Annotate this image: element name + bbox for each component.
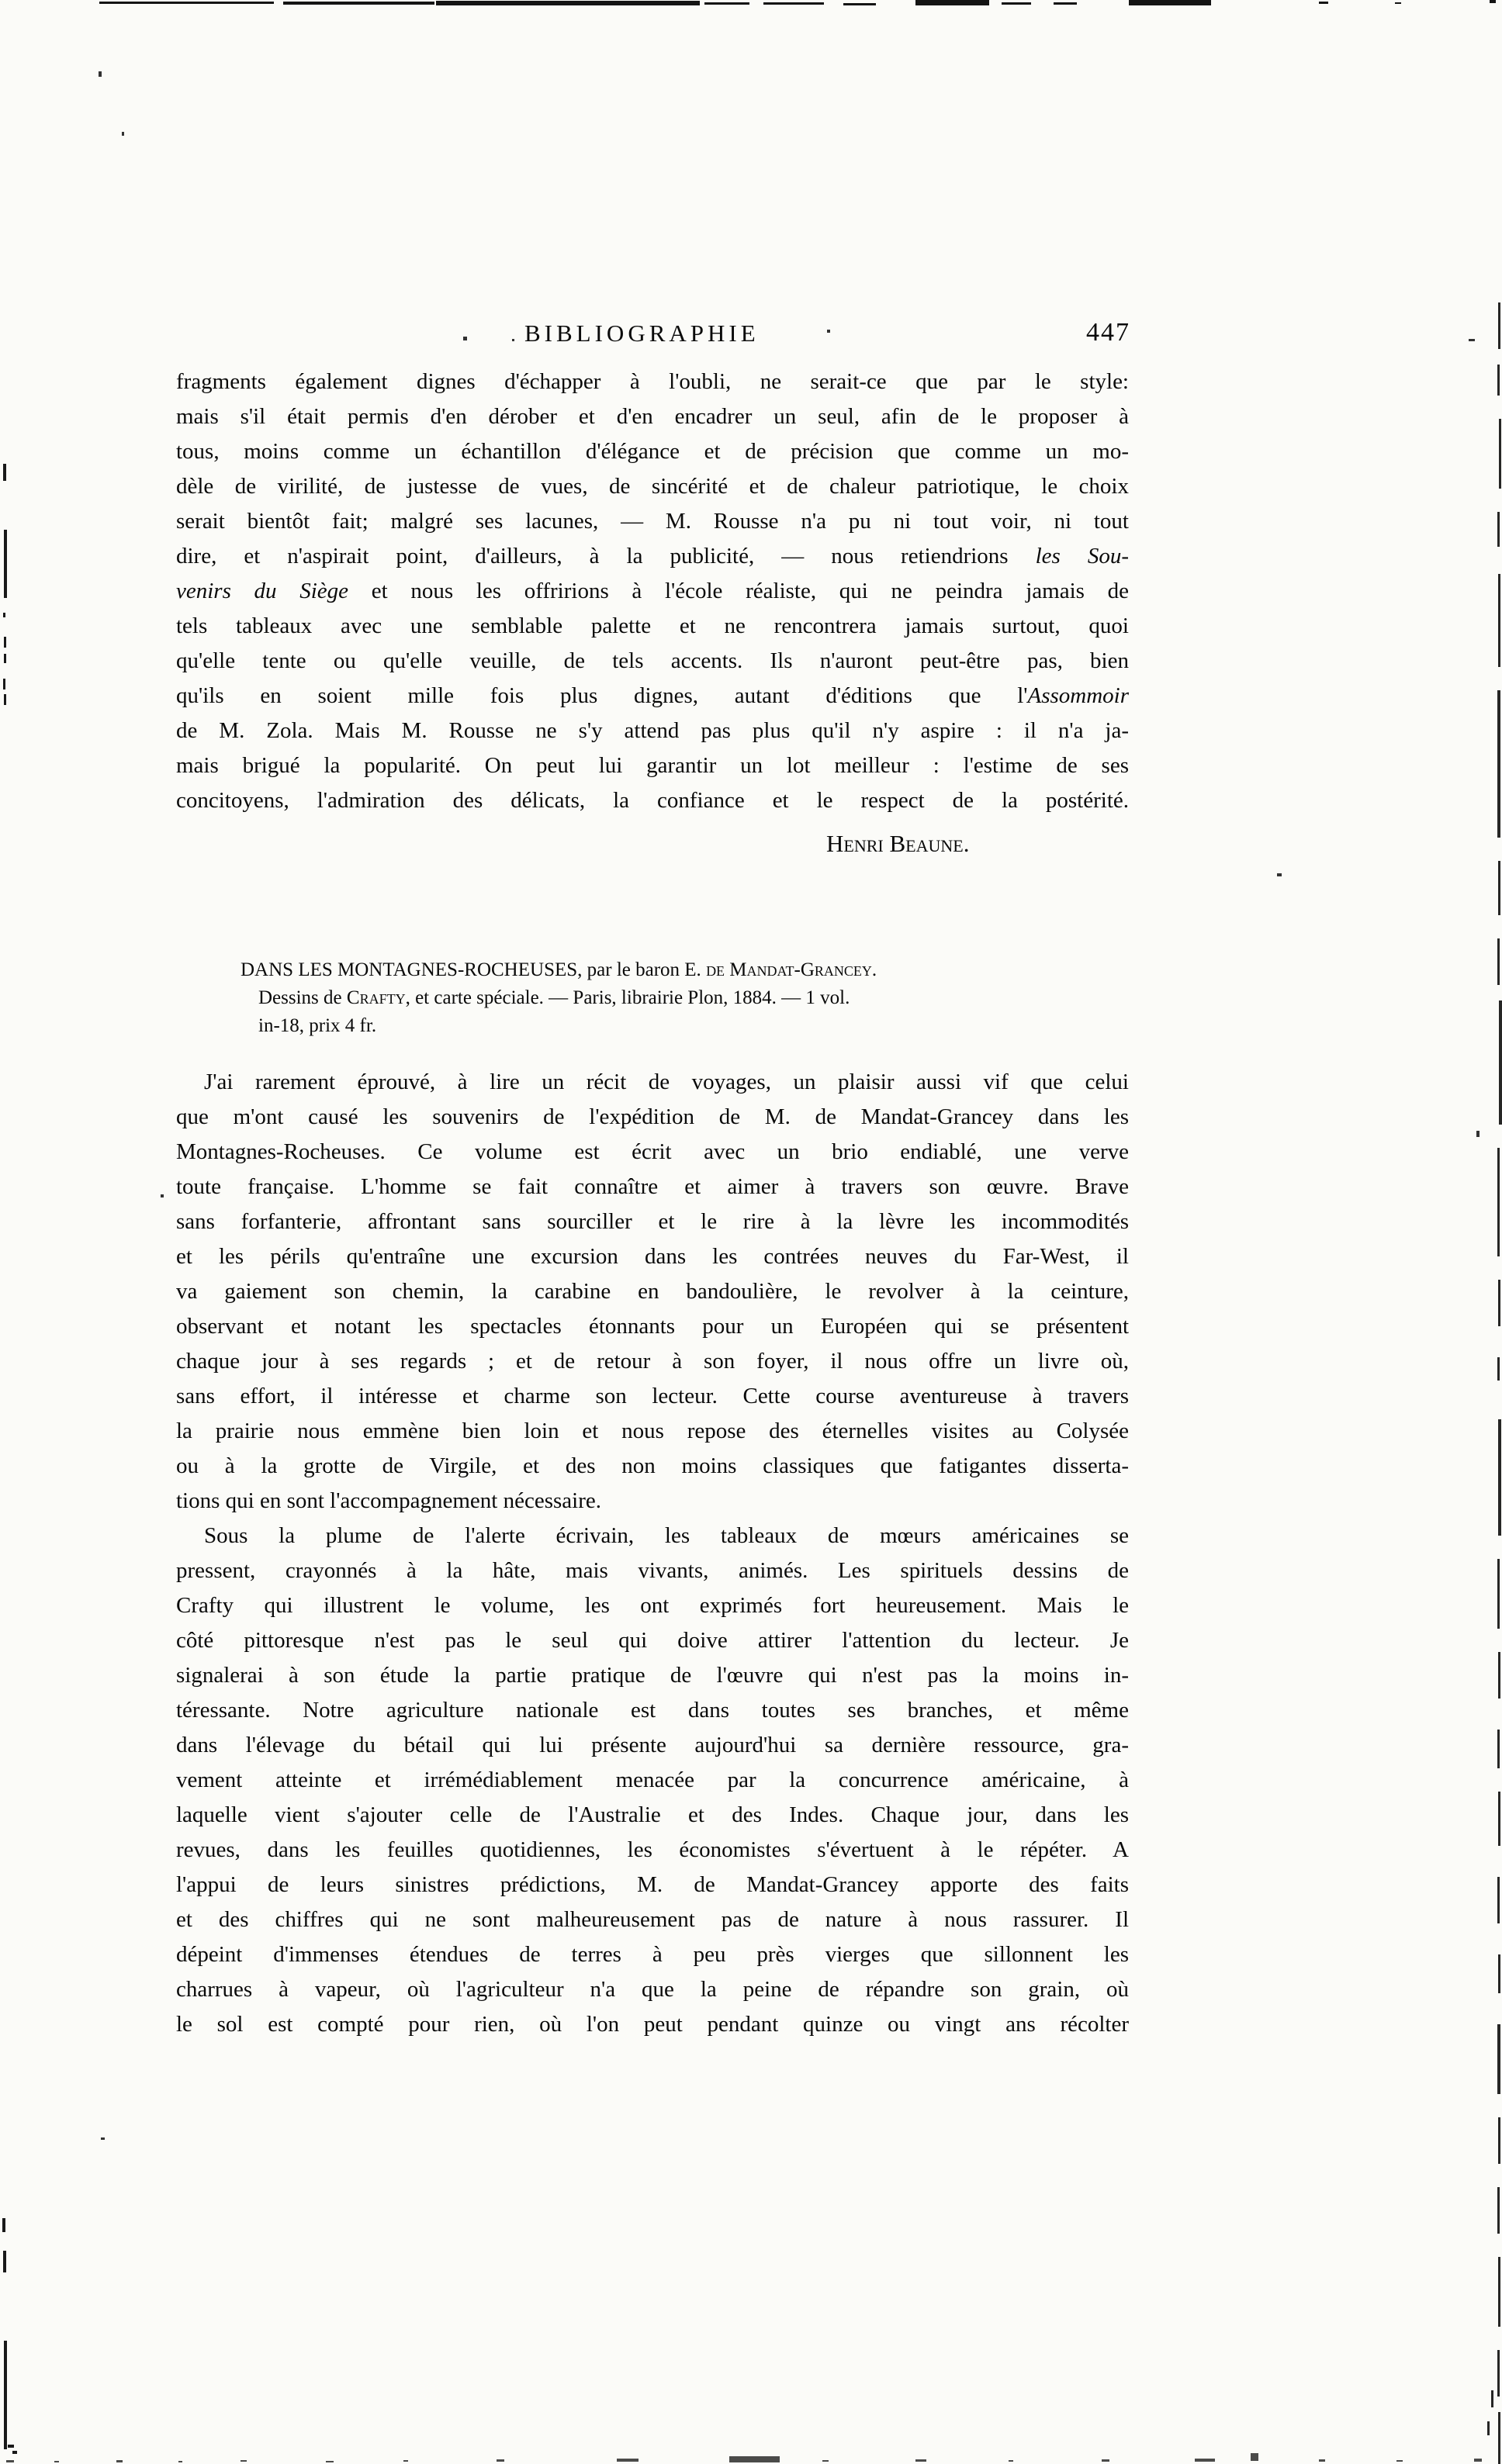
review-paragraph-1: J'ai rarement éprouvé, à lire un récit d…: [176, 1065, 1129, 1519]
right-edge-scan-mark: [1498, 574, 1500, 667]
left-edge-scan-mark: [2, 2218, 5, 2232]
scanned-book-page: { "header": { "title": "BIBLIOGRAPHIE", …: [0, 0, 1502, 2464]
text-line: de M. Zola. Mais M. Rousse ne s'y attend…: [176, 714, 1129, 748]
right-edge-scan-mark: [1497, 2350, 1500, 2397]
text-line: dire, et n'aspirait point, d'ailleurs, à…: [176, 539, 1129, 574]
top-edge-scan-mark: [704, 2, 749, 5]
right-edge-scan-mark: [1498, 1419, 1501, 1536]
bottom-edge-scan-mark: [1396, 2460, 1403, 2462]
text-line: fragments également dignes d'échapper à …: [176, 365, 1129, 399]
right-edge-scan-mark: [1498, 2257, 1500, 2327]
left-edge-scan-mark: [8, 2445, 14, 2448]
specks-scan-mark: [161, 1194, 164, 1197]
top-edge-scan-mark: [763, 2, 824, 5]
bottom-edge-scan-mark: [326, 2461, 334, 2462]
left-edge-scan-mark: [4, 654, 6, 663]
text-line: toute française. L'homme se fait connaît…: [176, 1170, 1129, 1204]
top-edge-scan-mark: [1054, 2, 1077, 5]
left-edge-scan-mark: [4, 694, 6, 705]
article-signature: Henri Beaune.: [826, 830, 969, 858]
top-edge-scan-mark: [1319, 2, 1328, 4]
specks-scan-mark: [1476, 1131, 1480, 1137]
bottom-edge-scan-mark: [403, 2460, 408, 2462]
bottom-edge-scan-mark: [6, 2460, 14, 2462]
bottom-edge-scan-mark: [1474, 2459, 1482, 2462]
text-line: charrues à vapeur, où l'agriculteur n'a …: [176, 1972, 1129, 2007]
bottom-edge-scan-mark: [497, 2459, 504, 2462]
text-line: venirs du Siège et nous les offririons à…: [176, 574, 1129, 609]
text-line: dépeint d'immenses étendues de terres à …: [176, 1937, 1129, 1972]
specks-scan-mark: [122, 132, 124, 136]
text-line: mais s'il était permis d'en dérober et d…: [176, 399, 1129, 434]
text-line: et des chiffres qui ne sont malheureusem…: [176, 1902, 1129, 1937]
text-line: le sol est compté pour rien, où l'on peu…: [176, 2007, 1129, 2042]
specks-scan-mark: [99, 71, 102, 77]
text-line: côté pittoresque n'est pas le seul qui d…: [176, 1623, 1129, 1658]
page-number: 447: [1086, 318, 1130, 347]
right-edge-scan-mark: [1497, 1877, 1500, 1923]
right-edge-scan-mark: [1497, 1148, 1500, 1256]
specks-scan-mark: [463, 337, 467, 340]
top-edge-scan-mark: [843, 3, 876, 5]
text-line: tous, moins comme un échantillon d'éléga…: [176, 434, 1129, 469]
top-edge-scan-mark: [1490, 0, 1496, 3]
right-edge-scan-mark: [1497, 512, 1500, 547]
text-line: sans effort, il intéresse et charme son …: [176, 1379, 1129, 1414]
right-edge-scan-mark: [1497, 2187, 1500, 2234]
right-edge-scan-mark: [1497, 1730, 1500, 1768]
text-line: vement atteinte et irrémédiablement mena…: [176, 1763, 1129, 1798]
left-edge-scan-mark: [3, 2251, 6, 2272]
text-line: revues, dans les feuilles quotidiennes, …: [176, 1833, 1129, 1868]
text-line: sans forfanterie, affrontant sans sourci…: [176, 1204, 1129, 1239]
right-edge-scan-mark: [1499, 419, 1501, 489]
right-edge-scan-mark: [1487, 2421, 1490, 2435]
top-edge-scan-mark: [915, 0, 989, 5]
text-line: tions qui en sont l'accompagnement néces…: [176, 1484, 1129, 1519]
left-edge-scan-mark: [4, 637, 6, 648]
text-line: signalerai à son étude la partie pratiqu…: [176, 1658, 1129, 1693]
right-edge-scan-mark: [1498, 1954, 1500, 1993]
text-line: que m'ont causé les souvenirs de l'expéd…: [176, 1100, 1129, 1135]
right-edge-scan-mark: [1498, 2117, 1500, 2164]
right-edge-scan-mark: [1498, 861, 1500, 915]
text-line: Crafty qui illustrent le volume, les ont…: [176, 1588, 1129, 1623]
right-edge-scan-mark: [1499, 1000, 1502, 1125]
bottom-edge-scan-mark: [1319, 2459, 1325, 2462]
left-edge-scan-mark: [12, 2451, 17, 2454]
left-edge-scan-mark: [3, 613, 5, 617]
text-line: l'appui de leurs sinistres prédictions, …: [176, 1868, 1129, 1902]
text-line: laquelle vient s'ajouter celle de l'Aust…: [176, 1798, 1129, 1833]
text-line: observant et notant les spectacles étonn…: [176, 1309, 1129, 1344]
bottom-edge-scan-mark: [822, 2460, 829, 2462]
review-paragraph-2: Sous la plume de l'alerte écrivain, les …: [176, 1519, 1129, 2042]
bottom-edge-scan-mark: [729, 2456, 780, 2462]
text-line: mais brigué la popularité. On peut lui g…: [176, 748, 1129, 783]
text-line: in-18, prix 4 fr.: [241, 1012, 1133, 1040]
bottom-edge-scan-mark: [241, 2460, 247, 2462]
text-line: tels tableaux avec une semblable palette…: [176, 609, 1129, 644]
specks-scan-mark: [512, 339, 514, 341]
right-edge-scan-mark: [1498, 1792, 1500, 1846]
text-line: la prairie nous emmène bien loin et nous…: [176, 1414, 1129, 1449]
bottom-edge-scan-mark: [617, 2459, 639, 2462]
top-edge-scan-mark: [1395, 2, 1401, 4]
text-line: qu'ils en soient mille fois plus dignes,…: [176, 679, 1129, 714]
text-line: dèle de virilité, de justesse de vues, d…: [176, 469, 1129, 504]
text-line: et les périls qu'entraîne une excursion …: [176, 1239, 1129, 1274]
left-edge-scan-mark: [3, 679, 5, 689]
bottom-edge-scan-mark: [1009, 2460, 1013, 2462]
right-edge-scan-mark: [1497, 690, 1500, 838]
bottom-edge-scan-mark: [116, 2460, 123, 2462]
top-edge-scan-mark: [436, 1, 700, 5]
right-edge-scan-mark: [1497, 938, 1500, 985]
text-line: Sous la plume de l'alerte écrivain, les …: [176, 1519, 1129, 1553]
text-line: Montagnes-Rocheuses. Ce volume est écrit…: [176, 1135, 1129, 1170]
top-edge-scan-mark: [283, 2, 434, 5]
text-line: concitoyens, l'admiration des délicats, …: [176, 783, 1129, 818]
text-line: DANS LES MONTAGNES-ROCHEUSES, par le bar…: [241, 956, 1133, 984]
text-line: dans l'élevage du bétail qui lui présent…: [176, 1728, 1129, 1763]
text-line: ou à la grotte de Virgile, et des non mo…: [176, 1449, 1129, 1484]
right-edge-scan-mark: [1498, 1280, 1500, 1326]
bottom-edge-scan-mark: [54, 2461, 59, 2462]
text-line: Dessins de Crafty, et carte spéciale. — …: [241, 984, 1133, 1012]
bottom-edge-scan-mark: [1251, 2453, 1258, 2461]
right-edge-scan-mark: [1491, 2390, 1493, 2407]
left-edge-scan-mark: [3, 464, 6, 481]
text-line: chaque jour à ses regards ; et de retour…: [176, 1344, 1129, 1379]
text-line: va gaiement son chemin, la carabine en b…: [176, 1274, 1129, 1309]
right-edge-scan-mark: [1498, 302, 1500, 349]
specks-scan-mark: [1469, 339, 1475, 341]
right-edge-scan-mark: [1497, 365, 1500, 396]
right-edge-scan-mark: [1497, 1357, 1500, 1381]
bottom-edge-scan-mark: [915, 2459, 926, 2462]
specks-scan-mark: [1277, 873, 1282, 876]
text-line: téressante. Notre agriculture nationale …: [176, 1693, 1129, 1728]
left-edge-scan-mark: [4, 530, 7, 598]
right-edge-scan-mark: [1497, 2024, 1500, 2094]
text-line: qu'elle tente ou qu'elle veuille, de tel…: [176, 644, 1129, 679]
bottom-edge-scan-mark: [1102, 2459, 1109, 2462]
top-edge-scan-mark: [99, 2, 274, 4]
bottom-edge-scan-mark: [178, 2461, 182, 2462]
bottom-edge-scan-mark: [1195, 2459, 1215, 2462]
text-line: pressent, crayonnés à la hâte, mais viva…: [176, 1553, 1129, 1588]
top-edge-scan-mark: [1002, 2, 1031, 5]
top-edge-scan-mark: [1129, 0, 1211, 5]
specks-scan-mark: [827, 330, 830, 333]
specks-scan-mark: [101, 2137, 105, 2140]
right-edge-scan-mark: [1498, 2412, 1500, 2464]
review-heading: DANS LES MONTAGNES-ROCHEUSES, par le bar…: [241, 956, 1133, 1040]
right-edge-scan-mark: [1497, 1559, 1500, 1629]
left-edge-scan-mark: [4, 2341, 7, 2449]
text-line: serait bientôt fait; malgré ses lacunes,…: [176, 504, 1129, 539]
page-title: BIBLIOGRAPHIE: [524, 320, 760, 347]
text-line: J'ai rarement éprouvé, à lire un récit d…: [176, 1065, 1129, 1100]
right-edge-scan-mark: [1498, 1652, 1500, 1699]
article-rousse-paragraph: fragments également dignes d'échapper à …: [176, 365, 1129, 818]
